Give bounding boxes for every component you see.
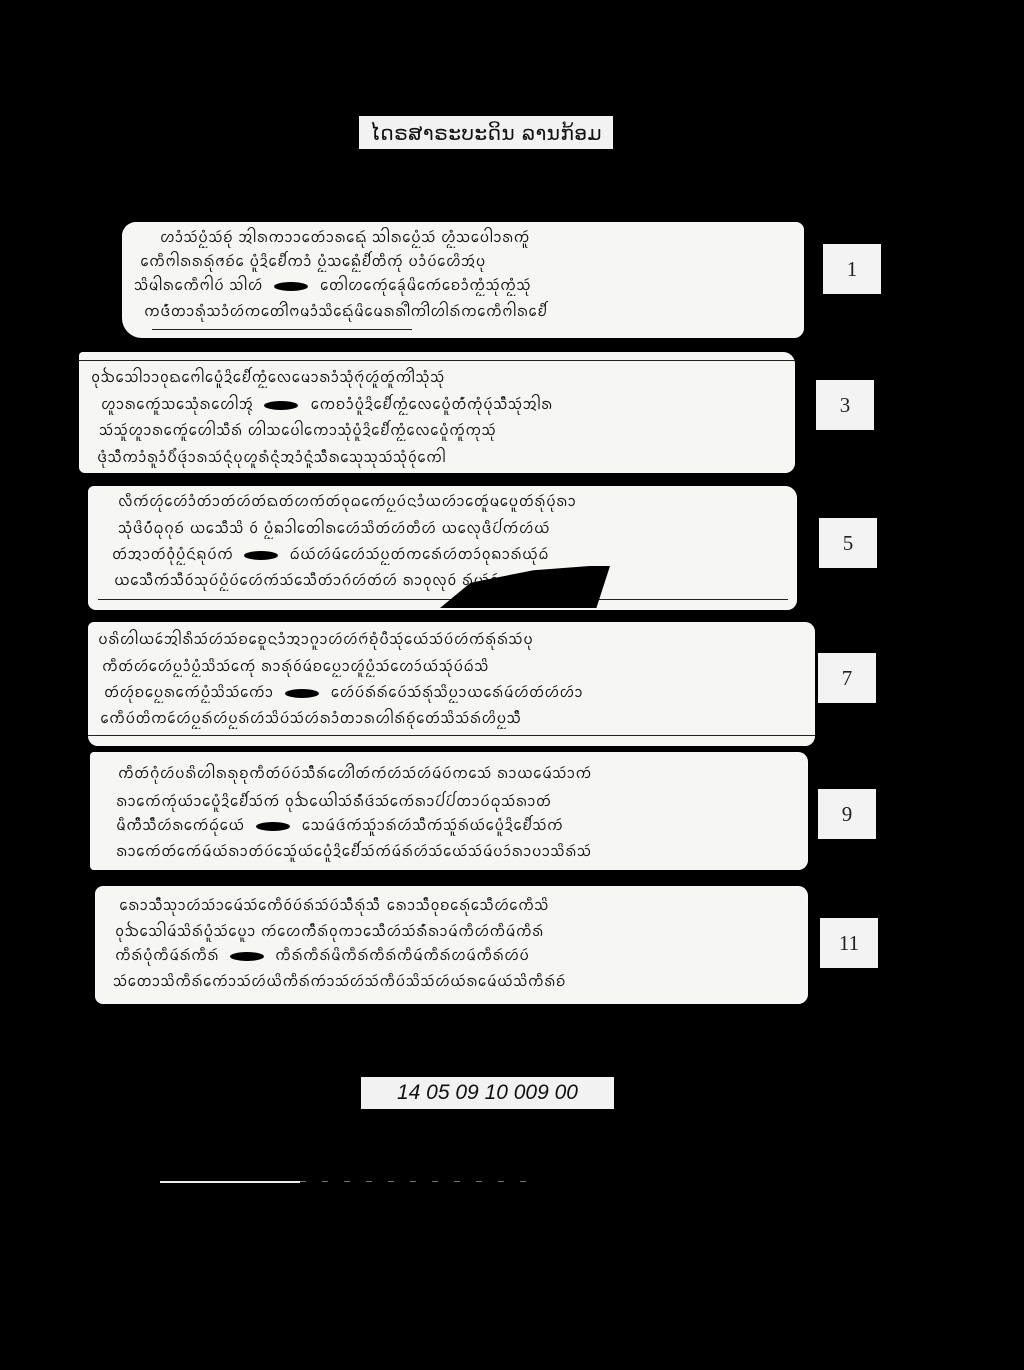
leaf-text-line: ᨲᩢᩉᩩᩢᨧᩮᨷᩬᩁᩮᨠᩢᨷᩬᩴᩈᩦᩈᩢᩮᨠᩢᩣ ᩮᩉᩢᨷᩢᩁᩢᩁᩢᩮᨷᩢᩈᩢᩁ… <box>88 681 815 703</box>
leaf-text-line: ᩮᨠᩥᨷᩢᨲᩦᨠᩮᩢᩉᩢᨷᩬᩁᩢᩉᩢᨷᩬᩁᩢᩉᩢᩈᩦᨷᩢᩈᩢᩉᩢᩁᩣᩴᨲᩣᩁᩉᩤ… <box>88 707 815 729</box>
leaf-rule <box>152 329 412 330</box>
leaf-text-line: ᨠᨴᩢᩴᨲᩣᩁᩩᩴᩈᩣᩴᩉᩢᨠᩮᨲᩤᩢᨻᨾᩣᩴᩈᩦᩮᨳᩩᩢᨾᩦᩮᨾᩁᩁᩤᩴᨠᩤᩢ… <box>122 300 804 322</box>
leaf-text-line: ᩈᩢᩮᨲᩣᩈᩦᨠᩥᩁᩢᩮᨠᩢᩣᩈᩢᩉᩢᨿᩦᨠᩥᩁᩢᨠᩢᩣᩈᩢᩉᩢᩈᩢᨠᩥᨷᩢᩈᩦ… <box>95 970 808 992</box>
leaf-text-line: ᩈᩩᩴᨴᩦᨷᩢᩴᨵᩩᨣᩩᨧᩢ ᨿᩮᩈᩦᩢᩈᩦ ᩅᩢ ᨷᩬᩴᨦᩣᩤᩮᨲᩤᩁᩮᩉᩢᩈ… <box>88 517 797 539</box>
leaf-number-label-11: 11 <box>820 918 878 968</box>
leaf-text-line: ᨠᩥᨲᩢᩉᩢᩮᩉᩢᨷᩬᩣᩴᨷᩬᩴᩈᩦᩈᩢᩮᨠᩩᩢ ᩁᩣᩁᩩᩢᩅᩢᨾᩢᨧᩮᨷᩬᩣᩉ… <box>88 655 815 677</box>
manuscript-title-label: ໄດຣສາຣະບະດິນ ລານກ້ອມ <box>359 116 613 149</box>
leaf-text-line: ᩁᩣᩮᨠᩢᨠᩩᩢᨿᩢᩣᩮᨷᩪᩴᨯᩦᩮᩀᩥᩈᩢᨠᩢ ᩅᩩᨨᩮᨿᩤᩈᩢᩁᩢᩴᨴᩢᩈᩢ… <box>90 790 808 812</box>
leaf-rule <box>88 735 815 736</box>
palm-leaf-11: ᩮᩁᩣᩈᩦᩴᩈᩩᩣᩉᩢᩈᩢᩣᩮᨾᩢᩈᩢᩮᨠᩥᩅᩢᨷᩢᩁᩢᩈᩢᨷᩢᩈᩦᩴᩁᩩᩢᩈᩦ… <box>95 886 808 1004</box>
palm-leaf-1: ᩉᩣᩴᩈᩢᨷᩬᩴᩈᩢᨧᩩᩢ ᩋᩤᩁᨠᩣᩣᩮᨲᩢᩣᩁᩮᨳᩩᩢ ᩈᩤᩁᩮᨷᩬᩴᩈᩢ … <box>122 222 804 338</box>
manuscript-code-label: 14 05 09 10 009 00 <box>361 1077 614 1109</box>
leaf-text-line: ᩅᩩᨨᩮᩈᩤᨾᩢᩈᩦᩁᩢᨷᩪᩴᩈᩢᩮᨷᩪᩣ ᨠᩢᩮᩉᨠᩦᩴᩁᩢᩅᩩᨠᩣᩮᩈᩦᩢᩉ… <box>95 920 808 942</box>
leaf-text-line: ᩅᩩᨨᩮᩈᩤᩣᩣᩅᩩᨳᩮᨻᩤᩮᨷᩪᩴᨯᩦᩮᩀᩥᨠᩬᩴᩮᩃᩮᨾᩣᩁᩣᩴᩈᩩᩴᨻᩩᩢ… <box>79 366 795 388</box>
leaf-text-line: ᨲᩢᩋᩣᨲᩢᩅᩩᩴᨷᩬᩴᨶᩢᨦᩩᨷᩢᨠᩢ ᨵᩢᨿᩢᩉᩢᨾᩢᩮᩉᩢᩈᩢᨷᩬᨲᩢᨠᩮ… <box>88 543 797 565</box>
leaf-number-label-7: 7 <box>818 653 876 703</box>
palm-leaf-7: ᨷᩁᩦᩉᩤᨿᩮᩢᩋᩤᩁᩥᩈᩢᩉᩢᩈᩢᨧᩮᨧᩪᨶᩣᩴᩋᩣᨣᩪᩣᩉᩢᩉᩢᨻᩢᨧᩩᩴᨷ… <box>88 622 815 746</box>
leaf-text-line: ᩈᩦᨾᩤᩁᩮᨠᩥᨻᩤᨷᩢ ᩈᩤᩉᩢ ᩮᨲᩤᩉᩮᨠᩩᩢᩮᨡᩩᩢᨾᩦᩮᨠᩢᩮᨧᩣᩴᨠ… <box>122 274 804 296</box>
leaf-text-line: ᨾᩥᨠᩦᩴᩈᩦᩴᩉᩢᩁᩮᨠᩢᨵᩩᩢᩮᨿᩢ ᩮᩈᨾᩢᨴᩢᨠᩢᩈᩪᩢᩣᩁᩢᩉᩢᩈᩦᩢ… <box>90 814 808 836</box>
leaf-text-line: ᨠᩥᨲᩢᨣᩩᩴᩉᩢᨷᩁᩦᩉᩤᩁᩁᩩᨧᩩᨠᩥᨲᩢᨷᩢᨷᩢᩈᩦᩴᩁᩢᩮᩉᩤᩢᨲᩢᨠᩢ… <box>90 762 808 784</box>
leaf-rule <box>79 360 795 361</box>
palm-leaf-3: ᩅᩩᨨᩮᩈᩤᩣᩣᩅᩩᨳᩮᨻᩤᩮᨷᩪᩴᨯᩦᩮᩀᩥᨠᩬᩴᩮᩃᩮᨾᩣᩁᩣᩴᩈᩩᩴᨻᩩᩢ… <box>79 352 795 473</box>
leaf-text-line: ᩉᩣᩴᩈᩢᨷᩬᩴᩈᩢᨧᩩᩢ ᩋᩤᩁᨠᩣᩣᩮᨲᩢᩣᩁᩮᨳᩩᩢ ᩈᩤᩁᩮᨷᩬᩴᩈᩢ … <box>122 226 804 248</box>
leaf-text-line: ᩃᩥᨠᩢᩉᩩᩢᩮᩉᩢᩣᩴᨲᩢᩣᨲᩢᩉᩢᨲᩢᨳᨲᩢᩉᨠᩢᨲᩢᩅᩩᨵᩮᨠᩢᨷᩬᨷᩢᨶ… <box>88 490 797 512</box>
leaf-number-label-9: 9 <box>818 789 876 839</box>
leaf-text-line: ᩈᩢᩈᩪᩢᩉᩪᩣᩁᩮᨠᩪᩢᩮᩉᩤᩈᩦᩢᩁᩢ ᩉᩤᩈᩮᨷᩤᩮᨠᩣᩈᩩᩴᨷᩪᩴᨯᩦᩮ… <box>79 419 795 441</box>
scan-artifact-dots <box>300 1181 540 1182</box>
scan-artifact-line <box>160 1181 300 1183</box>
leaf-number-label-5: 5 <box>819 518 877 568</box>
leaf-text-line: ᩮᩁᩣᩈᩦᩴᩈᩩᩣᩉᩢᩈᩢᩣᩮᨾᩢᩈᩢᩮᨠᩥᩅᩢᨷᩢᩁᩢᩈᩢᨷᩢᩈᩦᩴᩁᩩᩢᩈᩦ… <box>95 894 808 916</box>
leaf-rule <box>98 599 788 600</box>
leaf-text-line: ᩁᩣᩮᨠᩢᨲᩢᩮᨠᩢᨾᩢᨿᩢᩁᩣᨲᩢᨷᩢᩮᩈᩪᩢᨿᩢᩮᨷᩪᩴᨯᩦᩮᩀᩥᩈᩢᨠᩢᨾ… <box>90 840 808 862</box>
leaf-text-line: ᩉᩪᩣᩁᩮᨠᩪᩢᩈᩮᩈᩩᩴᩁᩮᩉᩤᩋᩩᩢ ᩮᨠᨧᩣᩴᨷᩪᩴᨯᩦᩮᩀᩥᨠᩬᩴᩮᩃᩮ… <box>79 393 795 415</box>
leaf-text-line: ᨴᩩᩴᩈᩦᩴᨠᩣᩴᩁᩪᩣᩴᨷᩥᩴᨴᩢᩩᩣᩁᩈᩢᨶᩩᩴᨷᩩᩉᩪᩁᩴᨶᩩᩴᩋᩣᩴᨶᩪ… <box>79 446 795 468</box>
leaf-number-label-3: 3 <box>816 380 874 430</box>
leaf-number-label-1: 1 <box>823 244 881 294</box>
palm-leaf-5: ᩃᩥᨠᩢᩉᩩᩢᩮᩉᩢᩣᩴᨲᩢᩣᨲᩢᩉᩢᨲᩢᨳᨲᩢᩉᨠᩢᨲᩢᩅᩩᨵᩮᨠᩢᨷᩬᨷᩢᨶ… <box>88 486 797 610</box>
leaf-text-line: ᨷᩁᩦᩉᩤᨿᩮᩢᩋᩤᩁᩥᩈᩢᩉᩢᩈᩢᨧᩮᨧᩪᨶᩣᩴᩋᩣᨣᩪᩣᩉᩢᩉᩢᨻᩢᨧᩩᩴᨷ… <box>88 628 815 650</box>
leaf-text-line: ᨠᩥᩁᩢᨷᩩᩴᨠᩥᨾᩢᩁᩢᨠᩥᩁᩢ ᨠᩥᩁᩢᨠᩥᩁᩢᨾᩦᨠᩥᩁᩢᨠᩥᩁᩢᨠᩥᨾᩢ… <box>95 944 808 966</box>
palm-leaf-9: ᨠᩥᨲᩢᨣᩩᩴᩉᩢᨷᩁᩦᩉᩤᩁᩁᩩᨧᩩᨠᩥᨲᩢᨷᩢᨷᩢᩈᩦᩴᩁᩢᩮᩉᩤᩢᨲᩢᨠᩢ… <box>90 752 808 870</box>
leaf-text-line: ᩮᨠᩥᨻᩤᩁᩁᩁᩩᩢᩆᨧᩢᩮ ᨷᩪᩴᨯᩦᩮᩀᩥᨠᩣᩴ ᨷᩬᩴᩈᩮᨦᩬᩴᩀᩥᨲᩥᨠ… <box>122 250 804 272</box>
leaf-text-line: ᨿᩮᩈᩦᩢᨠᩢᩈᩦᩢᩅᩢᩈᩩᨷᩢᨷᩬᩴᨷᩢᩮᩉᩢᨠᩢᩈᩢᩮᩈᩦᩢᨲᩢᩣᨣᩢᩉᩢᨲ… <box>88 569 797 591</box>
